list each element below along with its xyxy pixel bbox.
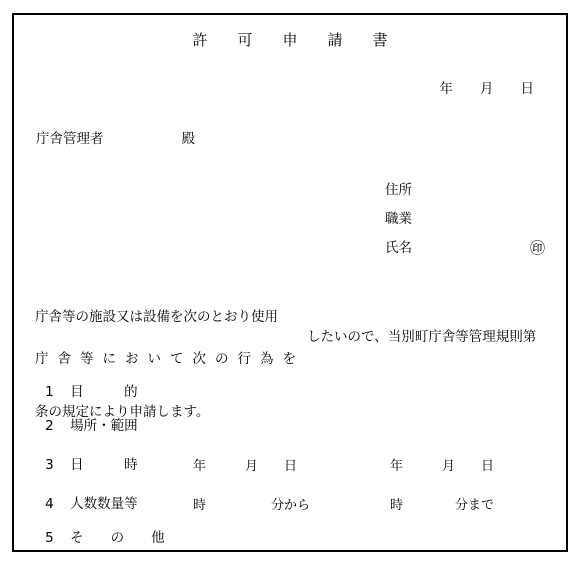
item-number: 5 [45, 532, 70, 546]
applicant-block: 住所 職業 氏名 ㊞ [385, 176, 545, 263]
occupation-label: 職業 [385, 205, 545, 234]
item-other: 5そ の 他 [28, 518, 165, 559]
date-line: 年 月 日 [440, 83, 535, 97]
permission-application-form: 許 可 申 請 書 年 月 日 庁舎管理者 殿 住所 職業 氏名 ㊞ 庁舎等の施… [0, 0, 580, 564]
datetime-from-block: 年 月 日 時 分から [193, 434, 310, 538]
body-continuation: したいので、当別町庁舎等管理規則第 [307, 331, 536, 345]
item-label: 日 時 [70, 457, 138, 473]
option-acts: 庁舎等において次の行為を [35, 352, 305, 366]
item-number: 4 [45, 498, 70, 512]
item-number: 2 [45, 420, 70, 434]
item-label: 目 的 [70, 384, 138, 400]
item-label: 人数数量等 [70, 496, 138, 512]
name-row: 氏名 ㊞ [385, 234, 545, 263]
addressee-label: 庁舎管理者 [36, 133, 104, 147]
addressee-line: 庁舎管理者 殿 [36, 133, 195, 147]
datetime-from-date: 年 月 日 [193, 460, 310, 473]
item-number: 3 [45, 459, 70, 473]
datetime-to-date: 年 月 日 [390, 460, 494, 473]
item-number: 1 [45, 386, 70, 400]
datetime-from-time: 時 分から [193, 499, 310, 512]
addressee-honorific: 殿 [182, 133, 196, 147]
name-label: 氏名 [385, 234, 412, 263]
address-label: 住所 [385, 176, 545, 205]
form-title: 許 可 申 請 書 [0, 33, 580, 48]
item-place-range: 2場所・範囲 [28, 406, 138, 447]
datetime-to-block: 年 月 日 時 分まで [390, 434, 494, 538]
option-facilities: 庁舎等の施設又は設備を次のとおり使用 [35, 310, 305, 324]
item-label: そ の 他 [70, 530, 165, 546]
item-datetime: 3日 時 [28, 445, 138, 486]
datetime-to-time: 時 分まで [390, 499, 494, 512]
seal-icon: ㊞ [530, 234, 545, 263]
item-label: 場所・範囲 [70, 418, 138, 434]
